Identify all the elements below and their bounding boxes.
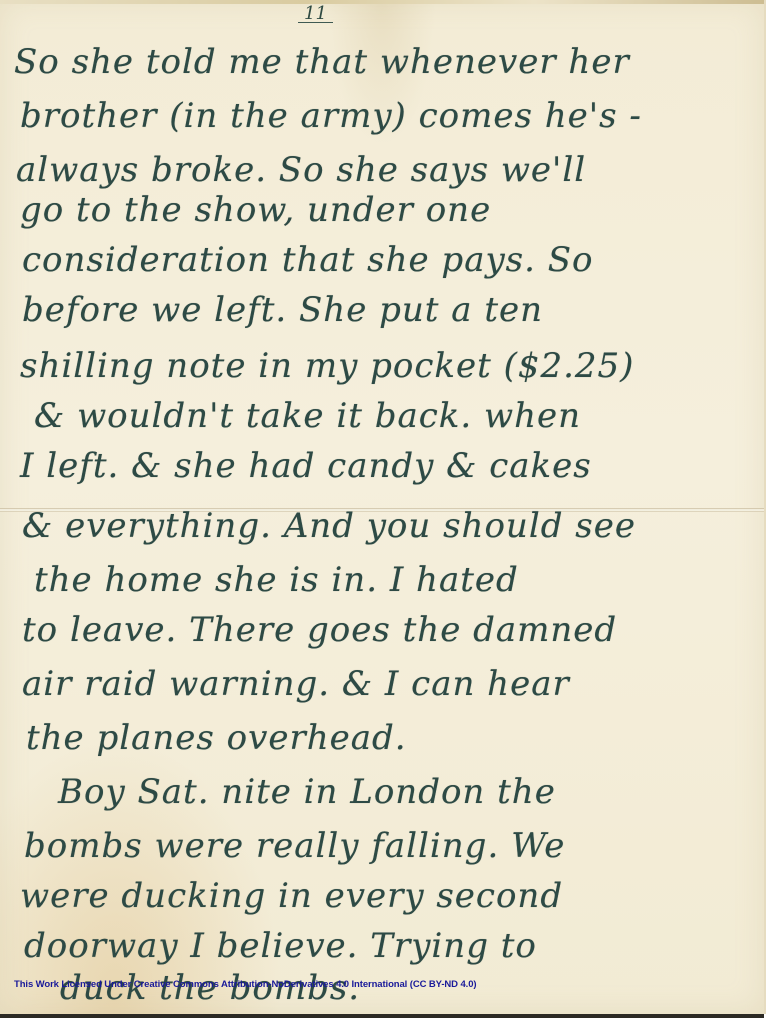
handwritten-line: So she told me that whenever her (14, 42, 630, 82)
handwritten-line: were ducking in every second (20, 876, 563, 916)
handwritten-line: to leave. There goes the damned (22, 610, 617, 650)
handwritten-line: consideration that she pays. So (22, 240, 594, 280)
handwritten-line: brother (in the army) comes he's - (20, 96, 642, 136)
handwritten-line: the planes overhead. (26, 718, 407, 758)
handwritten-line: doorway I believe. Trying to (24, 926, 537, 966)
page-number: 11 (298, 6, 333, 23)
letter-page: 11 So she told me that whenever her brot… (0, 0, 766, 1014)
paper-top-edge (0, 0, 764, 4)
handwritten-line: shilling note in my pocket ($2.25) (20, 346, 634, 386)
handwritten-line: before we left. She put a ten (22, 290, 543, 330)
handwritten-line: air raid warning. & I can hear (22, 664, 570, 704)
handwritten-line: the home she is in. I hated (34, 560, 519, 600)
handwritten-line: always broke. So she says we'll (16, 150, 586, 190)
license-watermark: This Work Licensed Under Creative Common… (14, 979, 476, 990)
handwritten-line: bombs were really falling. We (24, 826, 565, 866)
handwritten-line: & wouldn't take it back. when (34, 396, 581, 436)
handwritten-line: go to the show, under one (20, 190, 491, 230)
handwritten-line: Boy Sat. nite in London the (58, 772, 556, 812)
handwritten-line: I left. & she had candy & cakes (20, 446, 592, 486)
handwritten-line: & everything. And you should see (22, 506, 636, 546)
